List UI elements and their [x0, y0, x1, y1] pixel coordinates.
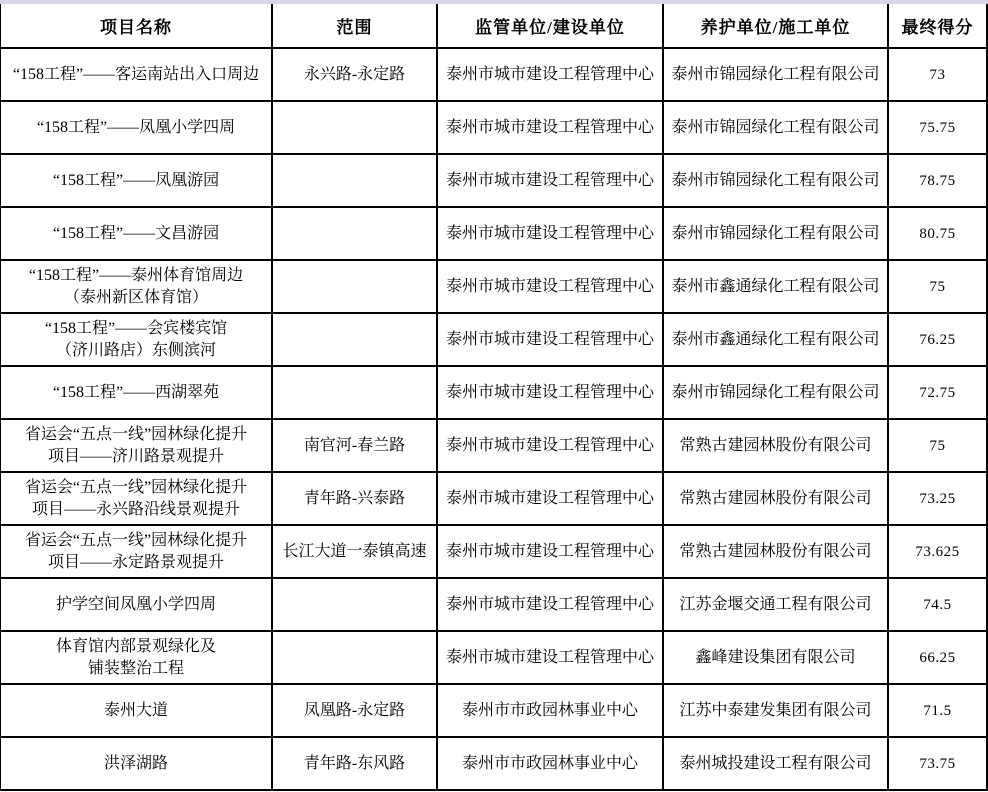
cell-supervisor: 泰州市城市建设工程管理中心	[438, 526, 664, 579]
cell-project-name: 泰州大道	[1, 685, 273, 738]
table-row: “158工程”——西湖翠苑 泰州市城市建设工程管理中心 泰州市锦园绿化工程有限公…	[1, 367, 988, 420]
cell-score: 72.75	[889, 367, 988, 420]
cell-score: 76.25	[889, 314, 988, 367]
cell-maintainer: 泰州市锦园绿化工程有限公司	[664, 155, 889, 208]
cell-range: 南官河-春兰路	[273, 420, 438, 473]
cell-maintainer: 泰州市锦园绿化工程有限公司	[664, 208, 889, 261]
cell-supervisor: 泰州市城市建设工程管理中心	[438, 473, 664, 526]
cell-score: 73.25	[889, 473, 988, 526]
cell-project-name: “158工程”——西湖翠苑	[1, 367, 273, 420]
cell-score: 73	[889, 49, 988, 102]
cell-project-name: 洪泽湖路	[1, 738, 273, 791]
cell-supervisor: 泰州市城市建设工程管理中心	[438, 579, 664, 632]
cell-range	[273, 579, 438, 632]
cell-project-name: 省运会“五点一线”园林绿化提升 项目——济川路景观提升	[1, 420, 273, 473]
cell-range: 长江大道一泰镇高速	[273, 526, 438, 579]
table-row: 省运会“五点一线”园林绿化提升 项目——永定路景观提升 长江大道一泰镇高速 泰州…	[1, 526, 988, 579]
cell-maintainer: 泰州城投建设工程有限公司	[664, 738, 889, 791]
cell-project-name: “158工程”——客运南站出入口周边	[1, 49, 273, 102]
cell-supervisor: 泰州市城市建设工程管理中心	[438, 420, 664, 473]
table-row: 体育馆内部景观绿化及 铺装整治工程 泰州市城市建设工程管理中心 鑫峰建设集团有限…	[1, 632, 988, 685]
cell-score: 66.25	[889, 632, 988, 685]
cell-maintainer: 江苏金堰交通工程有限公司	[664, 579, 889, 632]
cell-range	[273, 208, 438, 261]
cell-maintainer: 泰州市鑫通绿化工程有限公司	[664, 314, 889, 367]
cell-supervisor: 泰州市城市建设工程管理中心	[438, 367, 664, 420]
cell-supervisor: 泰州市城市建设工程管理中心	[438, 155, 664, 208]
table-row: “158工程”——泰州体育馆周边 （泰州新区体育馆） 泰州市城市建设工程管理中心…	[1, 261, 988, 314]
cell-score: 75	[889, 261, 988, 314]
column-header-project-name: 项目名称	[1, 4, 273, 49]
cell-maintainer: 泰州市锦园绿化工程有限公司	[664, 367, 889, 420]
cell-score: 73.625	[889, 526, 988, 579]
cell-project-name: 省运会“五点一线”园林绿化提升 项目——永定路景观提升	[1, 526, 273, 579]
cell-supervisor: 泰州市市政园林事业中心	[438, 685, 664, 738]
table-row: “158工程”——凤凰游园 泰州市城市建设工程管理中心 泰州市锦园绿化工程有限公…	[1, 155, 988, 208]
cell-supervisor: 泰州市城市建设工程管理中心	[438, 102, 664, 155]
column-header-final-score: 最终得分	[889, 4, 988, 49]
table-row: “158工程”——会宾楼宾馆 （济川路店）东侧滨河 泰州市城市建设工程管理中心 …	[1, 314, 988, 367]
cell-project-name: “158工程”——凤凰游园	[1, 155, 273, 208]
cell-score: 75	[889, 420, 988, 473]
cell-project-name: “158工程”——泰州体育馆周边 （泰州新区体育馆）	[1, 261, 273, 314]
column-header-maintenance-unit: 养护单位/施工单位	[664, 4, 889, 49]
cell-supervisor: 泰州市城市建设工程管理中心	[438, 632, 664, 685]
cell-range: 青年路-东风路	[273, 738, 438, 791]
cell-maintainer: 常熟古建园林股份有限公司	[664, 526, 889, 579]
table-row: 洪泽湖路 青年路-东风路 泰州市市政园林事业中心 泰州城投建设工程有限公司 73…	[1, 738, 988, 791]
column-header-range: 范围	[273, 4, 438, 49]
cell-project-name: 体育馆内部景观绿化及 铺装整治工程	[1, 632, 273, 685]
cell-supervisor: 泰州市城市建设工程管理中心	[438, 314, 664, 367]
cell-score: 73.75	[889, 738, 988, 791]
table-row: 泰州大道 凤凰路-永定路 泰州市市政园林事业中心 江苏中泰建发集团有限公司 71…	[1, 685, 988, 738]
cell-range: 青年路-兴泰路	[273, 473, 438, 526]
cell-supervisor: 泰州市城市建设工程管理中心	[438, 261, 664, 314]
cell-score: 80.75	[889, 208, 988, 261]
cell-range: 永兴路-永定路	[273, 49, 438, 102]
table-header-row: 项目名称 范围 监管单位/建设单位 养护单位/施工单位 最终得分	[1, 4, 988, 49]
column-header-supervisor-unit: 监管单位/建设单位	[438, 4, 664, 49]
table-row: 省运会“五点一线”园林绿化提升 项目——济川路景观提升 南官河-春兰路 泰州市城…	[1, 420, 988, 473]
cell-project-name: 省运会“五点一线”园林绿化提升 项目——永兴路沿线景观提升	[1, 473, 273, 526]
cell-supervisor: 泰州市市政园林事业中心	[438, 738, 664, 791]
cell-range	[273, 155, 438, 208]
cell-maintainer: 常熟古建园林股份有限公司	[664, 420, 889, 473]
cell-supervisor: 泰州市城市建设工程管理中心	[438, 49, 664, 102]
cell-score: 78.75	[889, 155, 988, 208]
table-row: “158工程”——客运南站出入口周边 永兴路-永定路 泰州市城市建设工程管理中心…	[1, 49, 988, 102]
cell-range: 凤凰路-永定路	[273, 685, 438, 738]
cell-range	[273, 632, 438, 685]
table-row: “158工程”——文昌游园 泰州市城市建设工程管理中心 泰州市锦园绿化工程有限公…	[1, 208, 988, 261]
cell-project-name: “158工程”——凤凰小学四周	[1, 102, 273, 155]
cell-supervisor: 泰州市城市建设工程管理中心	[438, 208, 664, 261]
cell-range	[273, 261, 438, 314]
cell-score: 71.5	[889, 685, 988, 738]
cell-project-name: 护学空间凤凰小学四周	[1, 579, 273, 632]
table-row: 省运会“五点一线”园林绿化提升 项目——永兴路沿线景观提升 青年路-兴泰路 泰州…	[1, 473, 988, 526]
cell-maintainer: 泰州市锦园绿化工程有限公司	[664, 102, 889, 155]
cell-range	[273, 367, 438, 420]
table-row: “158工程”——凤凰小学四周 泰州市城市建设工程管理中心 泰州市锦园绿化工程有…	[1, 102, 988, 155]
cell-score: 74.5	[889, 579, 988, 632]
cell-maintainer: 江苏中泰建发集团有限公司	[664, 685, 889, 738]
cell-range	[273, 102, 438, 155]
cell-project-name: “158工程”——会宾楼宾馆 （济川路店）东侧滨河	[1, 314, 273, 367]
project-score-table: 项目名称 范围 监管单位/建设单位 养护单位/施工单位 最终得分 “158工程”…	[0, 4, 988, 791]
table-row: 护学空间凤凰小学四周 泰州市城市建设工程管理中心 江苏金堰交通工程有限公司 74…	[1, 579, 988, 632]
cell-maintainer: 泰州市锦园绿化工程有限公司	[664, 49, 889, 102]
cell-score: 75.75	[889, 102, 988, 155]
cell-maintainer: 常熟古建园林股份有限公司	[664, 473, 889, 526]
cell-project-name: “158工程”——文昌游园	[1, 208, 273, 261]
cell-maintainer: 鑫峰建设集团有限公司	[664, 632, 889, 685]
cell-range	[273, 314, 438, 367]
cell-maintainer: 泰州市鑫通绿化工程有限公司	[664, 261, 889, 314]
